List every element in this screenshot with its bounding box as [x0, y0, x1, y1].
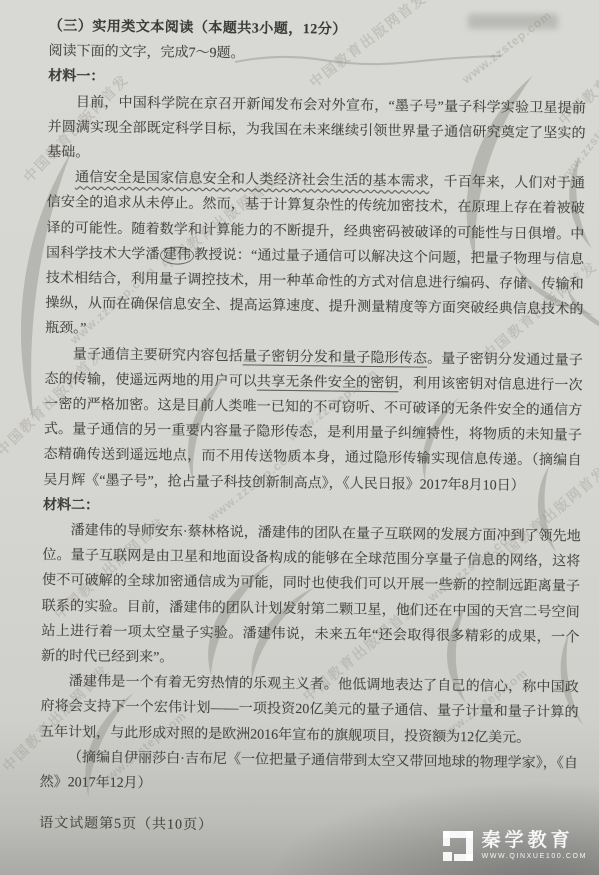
material1-paragraph-1: 目前，中国科学院在京召开新闻发布会对外宣布，“墨子号”量子科学实验卫星提前并圆满…	[47, 90, 586, 172]
material1-paragraph-3: 量子通信主要研究内容包括量子密钥分发和量子隐形传态。量子密钥分发通过量子态的传输…	[43, 342, 583, 500]
exam-text-block: （三）实用类文本阅读（本题共3小题，12分） 阅读下面的文字，完成7～9题。 材…	[39, 14, 587, 843]
underline-annotation: 量子密钥分发和量子隐形传态	[243, 349, 427, 366]
material2-paragraph-1: 潘建伟的导师安东·蔡林格说，潘建伟的团队在量子互联网的发展方面冲到了领先地位。量…	[41, 518, 581, 676]
vendor-url: WWW.QINXUE100.COM	[482, 852, 587, 861]
paragraph-text: ，利用该密钥对信息进行一次一密的严格加密。这是目前人类唯一已知的不可窃听、不可破…	[43, 376, 582, 493]
vendor-name: 秦学教育	[482, 830, 587, 852]
wavy-underline-annotation: 通信安全是国家信息安全和人类经济社会生活的基本需求	[75, 171, 429, 190]
circle-annotation: 建伟	[160, 246, 195, 264]
paragraph-text: 潘建伟是一个有着无穷热情的乐观主义者。他低调地表达了自己的信心，称中国政府将会支…	[40, 675, 579, 746]
material2-citation: （摘编自伊丽莎白·吉布尼《一位把量子通信带到太空又带回地球的物理学家》，《自然》…	[39, 745, 578, 802]
underline-annotation: 共享无条件安全的密钥	[257, 374, 399, 391]
paragraph-text: 目前，中国科学院在京召开新闻发布会对外宣布，“墨子号”量子科学实验卫星提前并圆满…	[47, 95, 586, 161]
citation-text: （摘编自伊丽莎白·吉布尼《一位把量子通信带到太空又带回地球的物理学家》，《自然》…	[40, 750, 578, 791]
material1-paragraph-2: 通信安全是国家信息安全和人类经济社会生活的基本需求，千百年来，人们对于通信安全的…	[45, 165, 585, 348]
qinxue-logo-icon	[443, 831, 473, 861]
exam-paper-page: 中国教育出版网首发 中国教育出版网首发 www.zzstep.com 中国教育出…	[0, 0, 599, 875]
paragraph-text: 潘建伟的导师安东·蔡林格说，潘建伟的团队在量子互联网的发展方面冲到了领先地位。量…	[41, 523, 581, 665]
material2-paragraph-2: 潘建伟是一个有着无穷热情的乐观主义者。他低调地表达了自己的信心，称中国政府将会支…	[40, 669, 579, 751]
vendor-logo: 秦学教育 WWW.QINXUE100.COM	[443, 830, 587, 861]
paragraph-text: 量子通信主要研究内容包括	[73, 347, 243, 364]
